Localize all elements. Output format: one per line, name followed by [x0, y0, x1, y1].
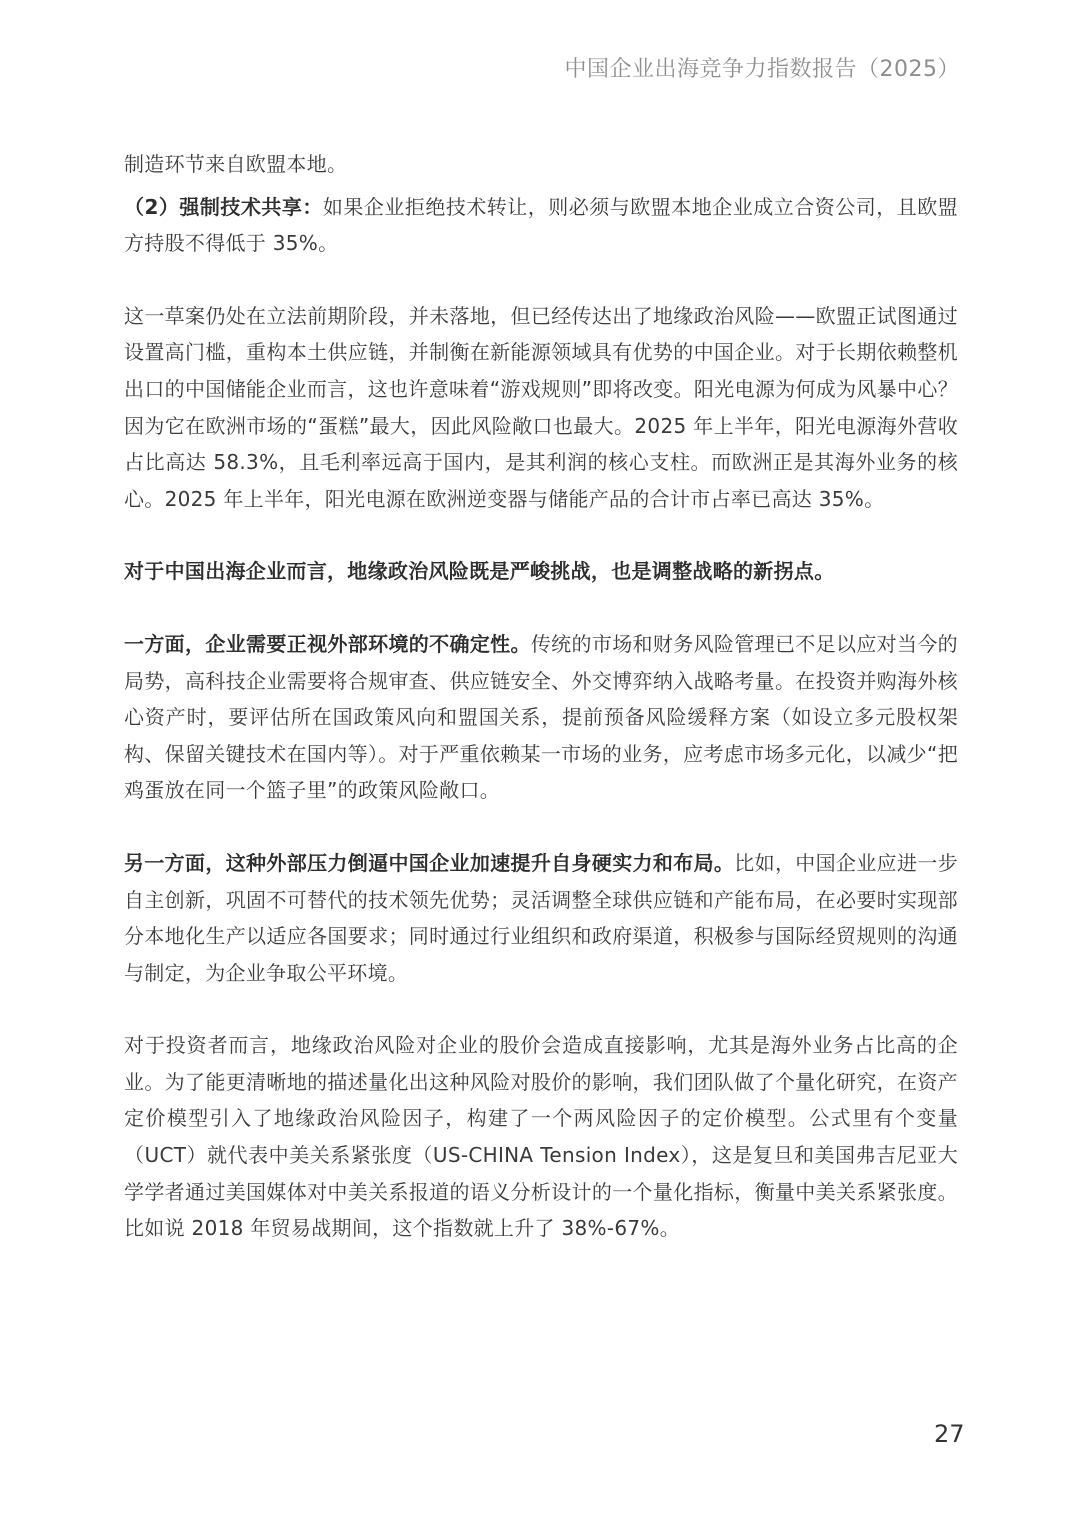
- paragraph-other-hand: 另一方面，这种外部压力倒逼中国企业加速提升自身硬实力和布局。比如，中国企业应进一…: [124, 845, 958, 991]
- paragraph-lead-bold: 另一方面，这种外部压力倒逼中国企业加速提升自身硬实力和布局。: [124, 851, 734, 875]
- paragraph-tech-sharing: （2）强制技术共享：如果企业拒绝技术转让，则必须与欧盟本地企业成立合资公司，且欧…: [124, 189, 958, 262]
- paragraph-text: 传统的市场和财务风险管理已不足以应对当今的局势，高科技企业需要将合规审查、供应链…: [124, 632, 958, 802]
- page-body: 制造环节来自欧盟本地。 （2）强制技术共享：如果企业拒绝技术转让，则必须与欧盟本…: [124, 146, 958, 1247]
- page-number: 27: [934, 1420, 965, 1448]
- paragraph-lead-bold: （2）强制技术共享：: [124, 195, 323, 219]
- paragraph-continuation: 制造环节来自欧盟本地。: [124, 146, 958, 183]
- paragraph-key-statement: 对于中国出海企业而言，地缘政治风险既是严峻挑战，也是调整战略的新拐点。: [124, 553, 958, 590]
- spacer: [124, 262, 958, 298]
- paragraph-lead-bold: 对于中国出海企业而言，地缘政治风险既是严峻挑战，也是调整战略的新拐点。: [124, 559, 835, 583]
- paragraph-investors: 对于投资者而言，地缘政治风险对企业的股价会造成直接影响，尤其是海外业务占比高的企…: [124, 1027, 958, 1247]
- paragraph-one-hand: 一方面，企业需要正视外部环境的不确定性。传统的市场和财务风险管理已不足以应对当今…: [124, 626, 958, 809]
- paragraph-lead-bold: 一方面，企业需要正视外部环境的不确定性。: [124, 632, 531, 656]
- paragraph-text: 制造环节来自欧盟本地。: [124, 152, 347, 176]
- paragraph-text: 对于投资者而言，地缘政治风险对企业的股价会造成直接影响，尤其是海外业务占比高的企…: [124, 1033, 958, 1240]
- running-header-title: 中国企业出海竞争力指数报告（2025）: [565, 52, 961, 83]
- spacer: [124, 517, 958, 553]
- paragraph-text: 这一草案仍处在立法前期阶段，并未落地，但已经传达出了地缘政治风险——欧盟正试图通…: [124, 304, 958, 511]
- spacer: [124, 991, 958, 1027]
- spacer: [124, 809, 958, 845]
- paragraph-draft-risk: 这一草案仍处在立法前期阶段，并未落地，但已经传达出了地缘政治风险——欧盟正试图通…: [124, 298, 958, 518]
- spacer: [124, 590, 958, 626]
